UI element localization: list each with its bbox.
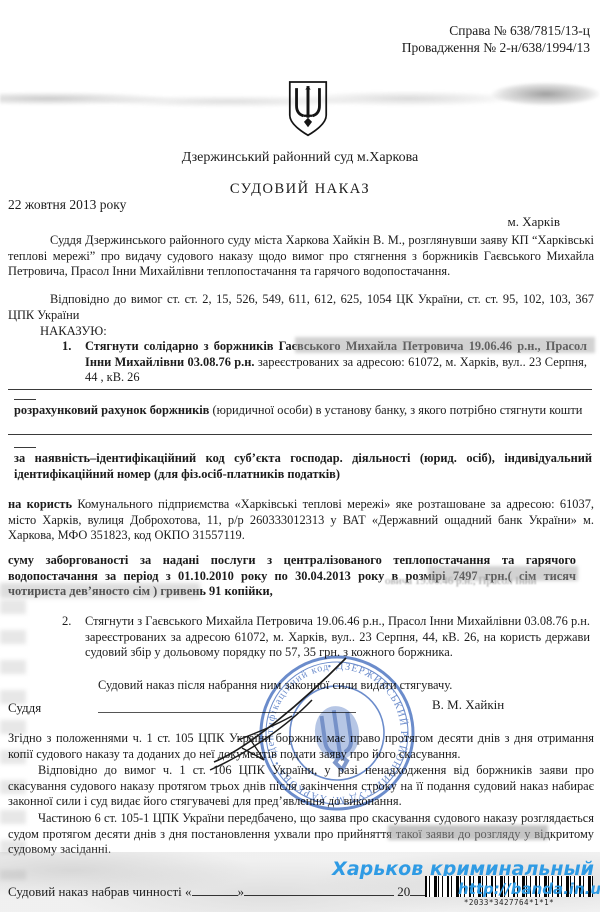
order-word: НАКАЗУЮ: — [40, 324, 107, 339]
intro-paragraph: Суддя Дзержинського районного суду міста… — [8, 233, 594, 280]
court-round-stamp: • ДЗЕРЖИНСЬКИЙ РАЙОННИЙ СУД М. ХАРКОВА •… — [241, 637, 433, 829]
validity-line: Судовий наказ набрав чинності «» 20 — [8, 884, 436, 900]
validity-prefix: Судовий наказ набрав чинності « — [8, 884, 192, 899]
identification-footnote: за наявність–ідентифікаційний код суб’єк… — [14, 451, 592, 482]
beneficiary-rest: Комунального підприємства «Харківські те… — [8, 497, 594, 542]
horizontal-rule-2 — [8, 434, 592, 435]
horizontal-rule-1 — [8, 389, 592, 390]
judge-name: В. М. Хайкін — [432, 697, 504, 713]
watermark-site-url: http://banda.in.ua — [458, 880, 600, 898]
ukraine-trident-emblem-icon — [287, 80, 329, 143]
validity-year-prefix: 20 — [397, 884, 410, 899]
validity-day-blank — [192, 884, 238, 896]
scan-noise-blob — [480, 76, 600, 112]
account-footnote: розрахунковий рахунок боржників (юридичн… — [14, 403, 592, 419]
legal-basis-paragraph: Відповідно до вимог ст. ст. 2, 15, 526, … — [8, 292, 594, 323]
case-number: Справа № 638/7815/13-ц — [402, 22, 590, 39]
validity-month-blank — [244, 884, 394, 896]
scanned-court-order-page: { "header": { "case_no": "Справа № 638/7… — [0, 0, 600, 912]
court-name: Дзержинський районний суд м.Харкова — [0, 150, 600, 166]
proceeding-number: Провадження № 2-н/638/1994/13 — [402, 39, 590, 56]
document-date: 22 жовтня 2013 року — [8, 197, 126, 213]
account-footnote-rest: (юридичної особи) в установу банку, з як… — [209, 403, 582, 417]
document-title: СУДОВИЙ НАКАЗ — [0, 181, 600, 198]
order-item-2-number: 2. — [62, 614, 71, 630]
judge-label: Суддя — [8, 700, 41, 716]
footnote-dash-1 — [14, 399, 36, 400]
barcode-number: *2033*3427764*1*1* — [425, 898, 593, 907]
order-item-1: Стягнути солідарно з боржників Гаєвськог… — [85, 339, 587, 386]
document-city: м. Харків — [508, 214, 560, 230]
debt-sum-paragraph: суму заборгованості за надані послуги з … — [8, 553, 576, 600]
case-header: Справа № 638/7815/13-ц Провадження № 2-н… — [402, 22, 590, 56]
beneficiary-paragraph: на користь Комунального підприємства «Ха… — [8, 497, 594, 544]
order-item-1-number: 1. — [62, 339, 71, 355]
footnote-dash-2 — [14, 447, 36, 448]
